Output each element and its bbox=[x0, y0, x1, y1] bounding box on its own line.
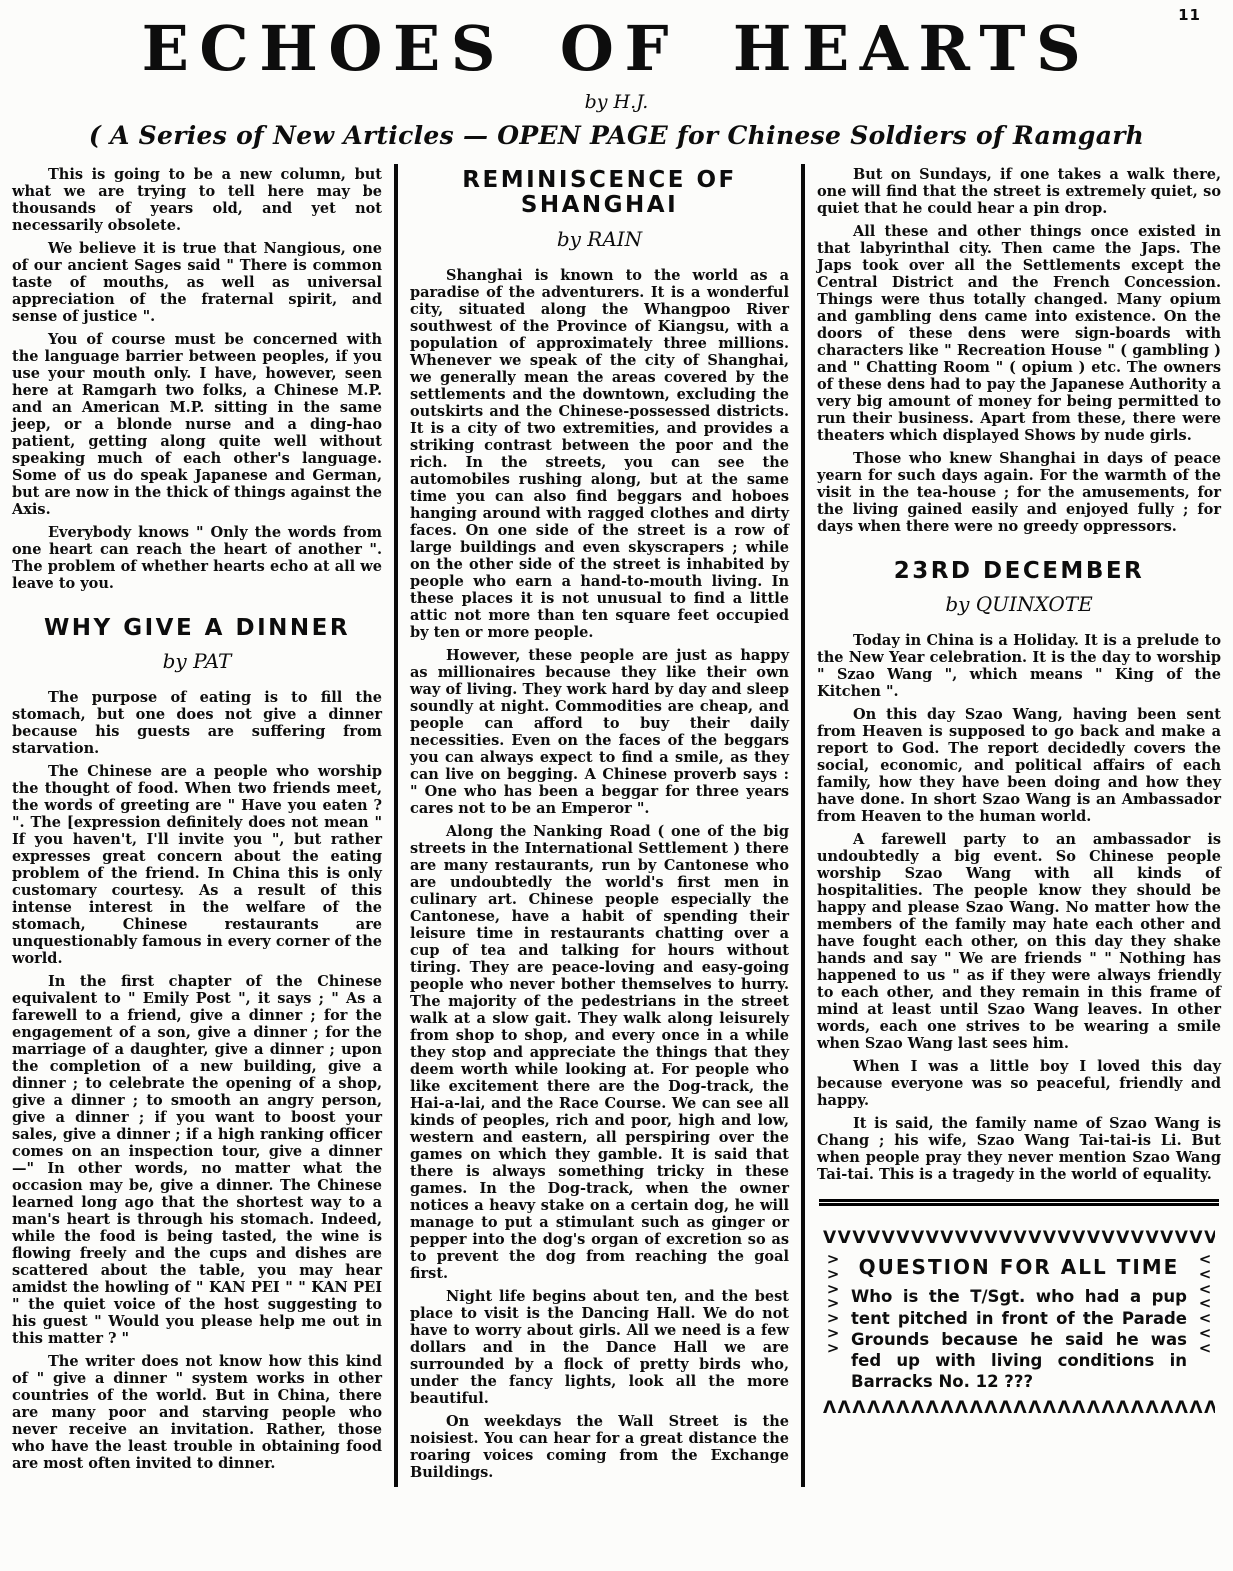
question-box-text: Who is the T/Sgt. who had a pup tent pit… bbox=[851, 1286, 1187, 1392]
paragraph: It is said, the family name of Szao Wang… bbox=[817, 1115, 1221, 1183]
column-middle: REMINISCENCE OF SHANGHAIby RAINShanghai … bbox=[398, 164, 805, 1487]
paragraph: When I was a little boy I loved this day… bbox=[817, 1058, 1221, 1109]
paragraph: You of course must be concerned with the… bbox=[12, 331, 382, 518]
paragraph: But on Sundays, if one takes a walk ther… bbox=[817, 166, 1221, 217]
paragraph: This is going to be a new column, but wh… bbox=[12, 166, 382, 234]
page-number: 11 bbox=[1178, 6, 1201, 24]
paragraph: A farewell party to an ambassador is und… bbox=[817, 831, 1221, 1052]
paragraph: Today in China is a Holiday. It is a pre… bbox=[817, 632, 1221, 700]
series-subtitle: ( A Series of New Articles — OPEN PAGE f… bbox=[0, 121, 1233, 150]
paragraph: The purpose of eating is to fill the sto… bbox=[12, 689, 382, 757]
paragraph: All these and other things once existed … bbox=[817, 223, 1221, 444]
article-byline: by RAIN bbox=[410, 227, 789, 251]
article-heading: REMINISCENCE OF SHANGHAI bbox=[410, 168, 789, 219]
zigzag-border-bottom: ΛΛΛΛΛΛΛΛΛΛΛΛΛΛΛΛΛΛΛΛΛΛΛΛΛΛΛΛΛΛΛΛ bbox=[823, 1400, 1215, 1417]
columns-container: This is going to be a new column, but wh… bbox=[0, 164, 1233, 1487]
article-heading: 23RD DECEMBER bbox=[817, 559, 1221, 584]
column-right: But on Sundays, if one takes a walk ther… bbox=[805, 164, 1225, 1487]
question-box: VVVVVVVVVVVVVVVVVVVVVVVVVVVVVVVV > > > >… bbox=[819, 1230, 1219, 1417]
column-right-articles: But on Sundays, if one takes a walk ther… bbox=[817, 166, 1221, 1183]
page-header: ECHOES OF HEARTS by H.J. ( A Series of N… bbox=[0, 0, 1233, 150]
paragraph: The Chinese are a people who worship the… bbox=[12, 763, 382, 967]
paragraph: Along the Nanking Road ( one of the big … bbox=[410, 823, 789, 1282]
page-title: ECHOES OF HEARTS bbox=[0, 16, 1233, 81]
article-byline: by QUINXOTE bbox=[817, 592, 1221, 616]
zigzag-border-right: < < < < < < < bbox=[1193, 1252, 1217, 1395]
paragraph: On this day Szao Wang, having been sent … bbox=[817, 706, 1221, 825]
question-box-title: QUESTION FOR ALL TIME bbox=[851, 1255, 1187, 1279]
paragraph: Night life begins about ten, and the bes… bbox=[410, 1288, 789, 1407]
column-left: This is going to be a new column, but wh… bbox=[8, 164, 398, 1487]
article-byline: by PAT bbox=[12, 649, 382, 673]
paragraph: In the first chapter of the Chinese equi… bbox=[12, 973, 382, 1347]
zigzag-border-left: > > > > > > > bbox=[821, 1252, 845, 1395]
paragraph: However, these people are just as happy … bbox=[410, 647, 789, 817]
paragraph: Those who knew Shanghai in days of peace… bbox=[817, 450, 1221, 535]
paragraph: Shanghai is known to the world as a para… bbox=[410, 267, 789, 641]
paragraph: We believe it is true that Nangious, one… bbox=[12, 240, 382, 325]
article-heading: WHY GIVE A DINNER bbox=[12, 616, 382, 641]
paragraph: Everybody knows " Only the words from on… bbox=[12, 524, 382, 592]
paragraph: The writer does not know how this kind o… bbox=[12, 1353, 382, 1472]
paragraph: On weekdays the Wall Street is the noisi… bbox=[410, 1413, 789, 1481]
main-byline: by H.J. bbox=[0, 91, 1233, 113]
double-rule-divider bbox=[819, 1199, 1219, 1206]
zigzag-border-top: VVVVVVVVVVVVVVVVVVVVVVVVVVVVVVVV bbox=[823, 1230, 1215, 1247]
